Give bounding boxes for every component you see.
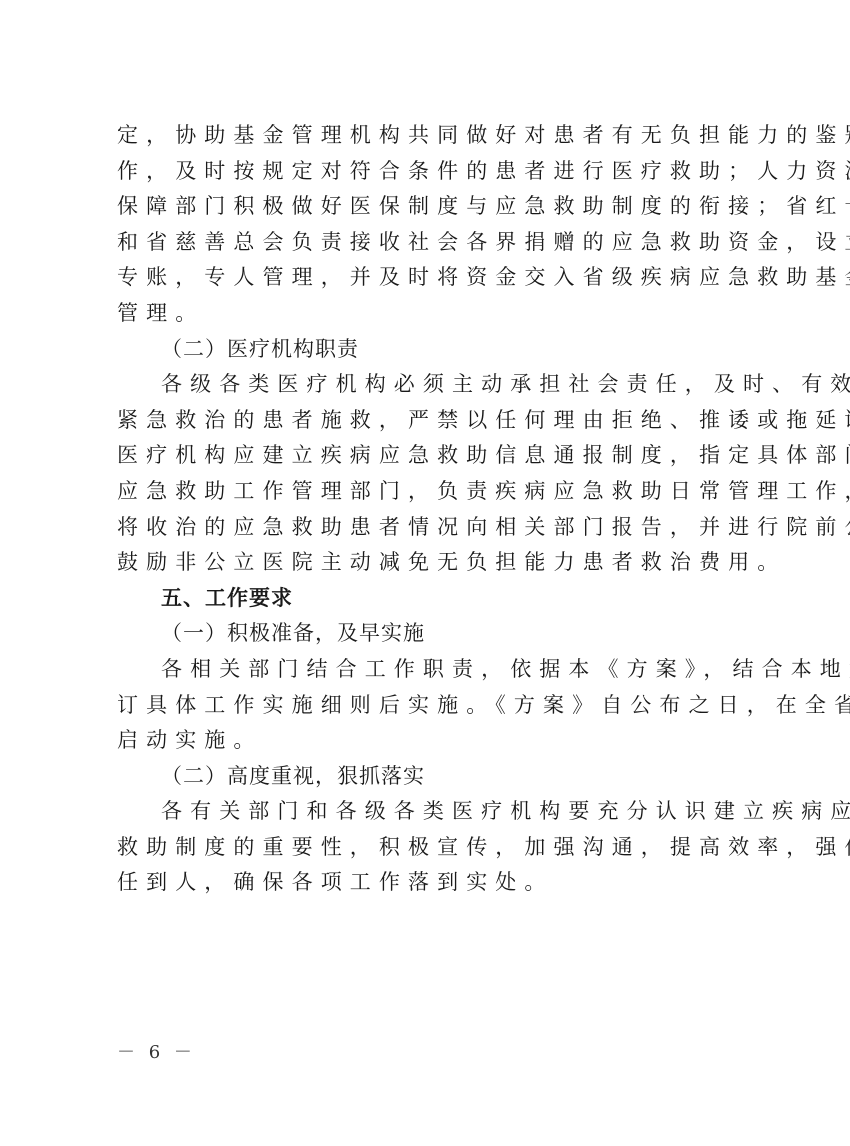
paragraph-line: 医疗机构应建立疾病应急救助信息通报制度，指定具体部门作为 (117, 438, 733, 474)
paragraph-line: 鼓励非公立医院主动减免无负担能力患者救治费用。 (117, 545, 733, 581)
paragraph-line: 和省慈善总会负责接收社会各界捐赠的应急救助资金，设立专户 (117, 225, 733, 261)
paragraph-line: 作，及时按规定对符合条件的患者进行医疗救助；人力资源社会 (117, 154, 733, 190)
paragraph-line: 任到人，确保各项工作落到实处。 (117, 865, 733, 901)
page-number: － 6 － (117, 1038, 196, 1064)
paragraph-line: 将收治的应急救助患者情况向相关部门报告，并进行院前公示。 (117, 510, 733, 546)
subheading-prepare-early: （一）积极准备，及早实施 (117, 616, 733, 652)
paragraph-line: 保障部门积极做好医保制度与应急救助制度的衔接；省红十字会 (117, 189, 733, 225)
paragraph-line: 应急救助工作管理部门，负责疾病应急救助日常管理工作，及时 (117, 474, 733, 510)
paragraph-line: 管理。 (117, 296, 733, 332)
subheading-attach-importance: （二）高度重视，狠抓落实 (117, 759, 733, 795)
subheading-medical-institutions: （二）医疗机构职责 (117, 332, 733, 368)
paragraph-line: 启动实施。 (117, 723, 733, 759)
paragraph-line: 救助制度的重要性，积极宣传，加强沟通，提高效率，强化措施，责 (117, 830, 733, 866)
section-heading-work-requirements: 五、工作要求 (117, 581, 733, 617)
paragraph-line: 定，协助基金管理机构共同做好对患者有无负担能力的鉴别工 (117, 118, 733, 154)
paragraph-line: 专账，专人管理，并及时将资金交入省级疾病应急救助基金统一 (117, 260, 733, 296)
paragraph-line: 各相关部门结合工作职责，依据本《方案》，结合本地实际，制 (117, 652, 733, 688)
paragraph-line: 紧急救治的患者施救，严禁以任何理由拒绝、推诿或拖延诊治。 (117, 403, 733, 439)
paragraph-line: 订具体工作实施细则后实施。《方案》自公布之日，在全省范围内 (117, 688, 733, 724)
paragraph-line: 各有关部门和各级各类医疗机构要充分认识建立疾病应急 (117, 794, 733, 830)
document-page: 定，协助基金管理机构共同做好对患者有无负担能力的鉴别工 作，及时按规定对符合条件… (117, 118, 733, 901)
paragraph-line: 各级各类医疗机构必须主动承担社会责任，及时、有效对需 (117, 367, 733, 403)
